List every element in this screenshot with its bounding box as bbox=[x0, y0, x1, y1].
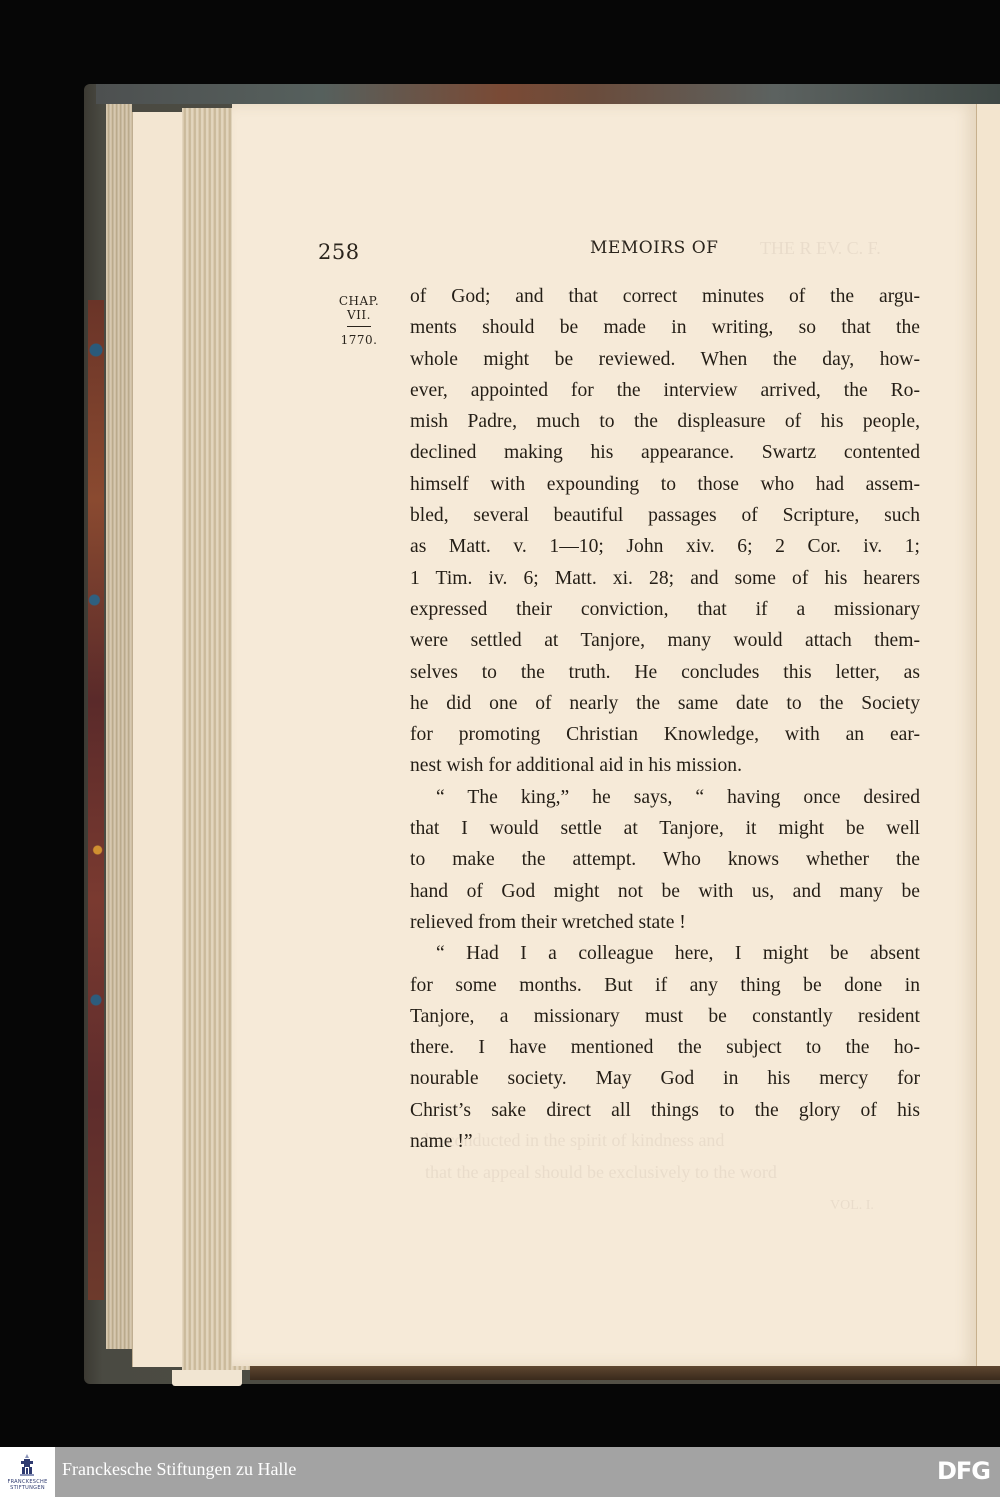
page-edges-outer bbox=[106, 104, 132, 1349]
text-line: for some months. But if any thing be don… bbox=[410, 970, 920, 1001]
text-line: nourable society. May God in his mercy f… bbox=[410, 1063, 920, 1094]
marbled-endpaper bbox=[88, 300, 104, 1300]
running-title: MEMOIRS OF bbox=[590, 238, 718, 258]
text-line: selves to the truth. He concludes this l… bbox=[410, 657, 920, 688]
text-line: of God; and that correct minutes of the … bbox=[410, 281, 920, 312]
text-line: to make the attempt. Who knows whether t… bbox=[410, 844, 920, 875]
text-line: declined making his appearance. Swartz c… bbox=[410, 437, 920, 468]
text-line: relieved from their wretched state ! bbox=[410, 907, 920, 938]
text-line: hand of God might not be with us, and ma… bbox=[410, 876, 920, 907]
text-line: Christ’s sake direct all things to the g… bbox=[410, 1095, 920, 1126]
scanned-book-image: THE R EV. C. F. be conducted in the spir… bbox=[0, 0, 1000, 1447]
chapter-label: CHAP. bbox=[334, 294, 384, 308]
text-line: expressed their conviction, that if a mi… bbox=[410, 594, 920, 625]
text-line: ments should be made in writing, so that… bbox=[410, 312, 920, 343]
text-line: himself with expounding to those who had… bbox=[410, 469, 920, 500]
facing-page-edge bbox=[976, 104, 1000, 1366]
institution-name[interactable]: Franckesche Stiftungen zu Halle bbox=[62, 1459, 296, 1480]
text-line: 1 Tim. iv. 6; Matt. xi. 28; and some of … bbox=[410, 563, 920, 594]
flyleaf bbox=[132, 112, 183, 1367]
margin-year: 1770. bbox=[334, 333, 384, 347]
book-cover-top-edge bbox=[96, 84, 1000, 104]
text-line: he did one of nearly the same date to th… bbox=[410, 688, 920, 719]
franckesche-stiftungen-logo[interactable]: FRANCKESCHE STIFTUNGEN bbox=[0, 1447, 55, 1497]
text-line: for promoting Christian Knowledge, with … bbox=[410, 719, 920, 750]
chapter-number: VII. bbox=[334, 308, 384, 322]
text-line: were settled at Tanjore, many would atta… bbox=[410, 625, 920, 656]
text-line: “ The king,” he says, “ having once desi… bbox=[410, 782, 920, 813]
text-line: bled, several beautiful passages of Scri… bbox=[410, 500, 920, 531]
page-number: 258 bbox=[318, 240, 360, 264]
page-bottom-shadow bbox=[250, 1366, 1000, 1380]
margin-rule bbox=[347, 326, 371, 327]
text-line: ever, appointed for the interview arrive… bbox=[410, 375, 920, 406]
footer-bar: FRANCKESCHE STIFTUNGEN Franckesche Stift… bbox=[0, 1447, 1000, 1497]
text-line: that I would settle at Tanjore, it might… bbox=[410, 813, 920, 844]
logo-wordmark: FRANCKESCHE STIFTUNGEN bbox=[0, 1479, 55, 1491]
text-line: there. I have mentioned the subject to t… bbox=[410, 1032, 920, 1063]
orphanage-figure-icon bbox=[20, 1454, 34, 1476]
text-line: name !” bbox=[410, 1126, 920, 1157]
dfg-logo[interactable]: DFG bbox=[937, 1457, 990, 1485]
text-line: Tanjore, a missionary must be constantly… bbox=[410, 1001, 920, 1032]
text-line: nest wish for additional aid in his miss… bbox=[410, 750, 920, 781]
margin-note: CHAP. VII. 1770. bbox=[334, 294, 384, 347]
text-line: whole might be reviewed. When the day, h… bbox=[410, 344, 920, 375]
text-line: mish Padre, much to the displeasure of h… bbox=[410, 406, 920, 437]
show-through-text: THE R EV. C. F. bbox=[760, 238, 881, 259]
text-line: as Matt. v. 1—10; John xiv. 6; 2 Cor. iv… bbox=[410, 531, 920, 562]
show-through-text: that the appeal should be exclusively to… bbox=[425, 1162, 777, 1183]
body-text: of God; and that correct minutes of the … bbox=[410, 281, 920, 1157]
page-tab-strip bbox=[172, 1370, 242, 1386]
text-line: “ Had I a colleague here, I might be abs… bbox=[410, 938, 920, 969]
show-through-text: VOL. I. bbox=[830, 1198, 874, 1214]
